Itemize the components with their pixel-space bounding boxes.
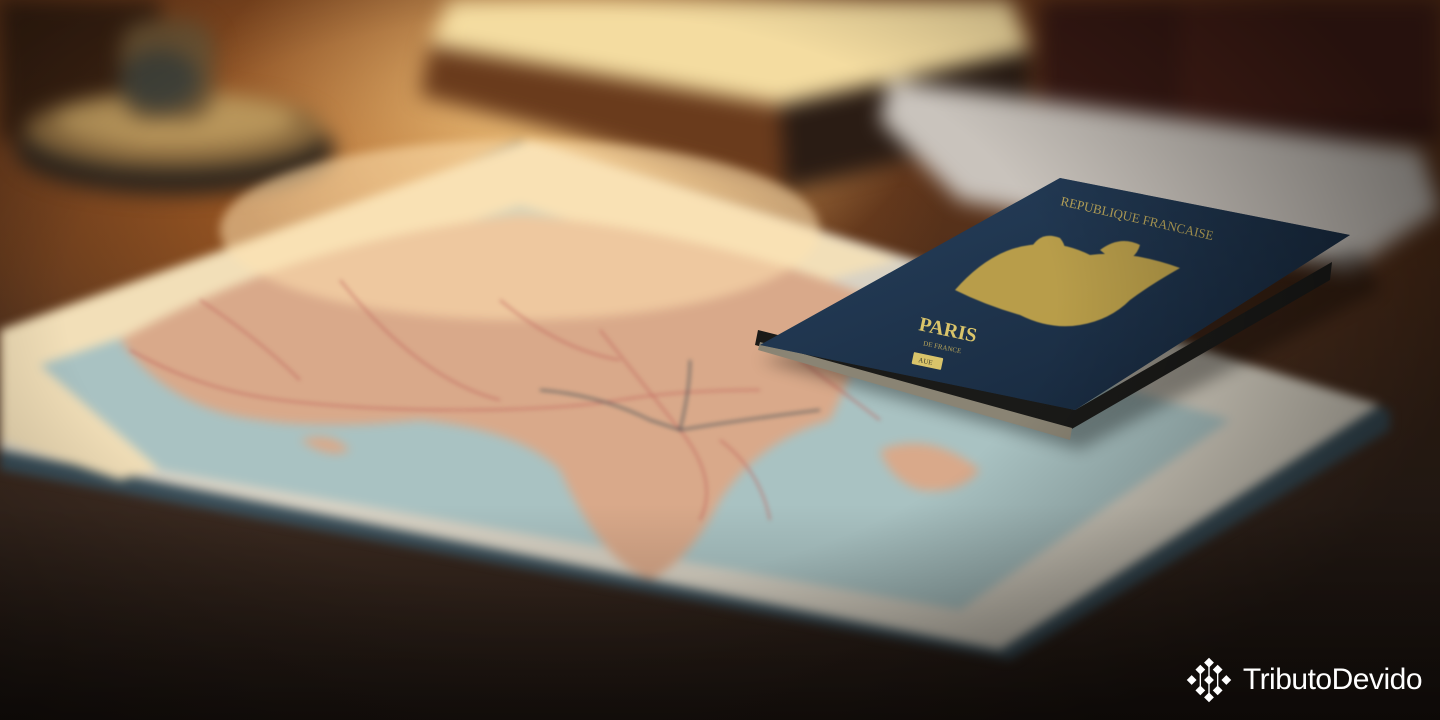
diamond-network-icon bbox=[1183, 654, 1235, 706]
photo-scene: REPUBLIQUE FRANCAISE PARIS DE FRANCE AUE bbox=[0, 0, 1440, 720]
brand-name: TributoDevido bbox=[1243, 663, 1422, 697]
passport: REPUBLIQUE FRANCAISE PARIS DE FRANCE AUE bbox=[0, 0, 1440, 720]
watermark-logo: TributoDevido bbox=[1183, 654, 1422, 706]
